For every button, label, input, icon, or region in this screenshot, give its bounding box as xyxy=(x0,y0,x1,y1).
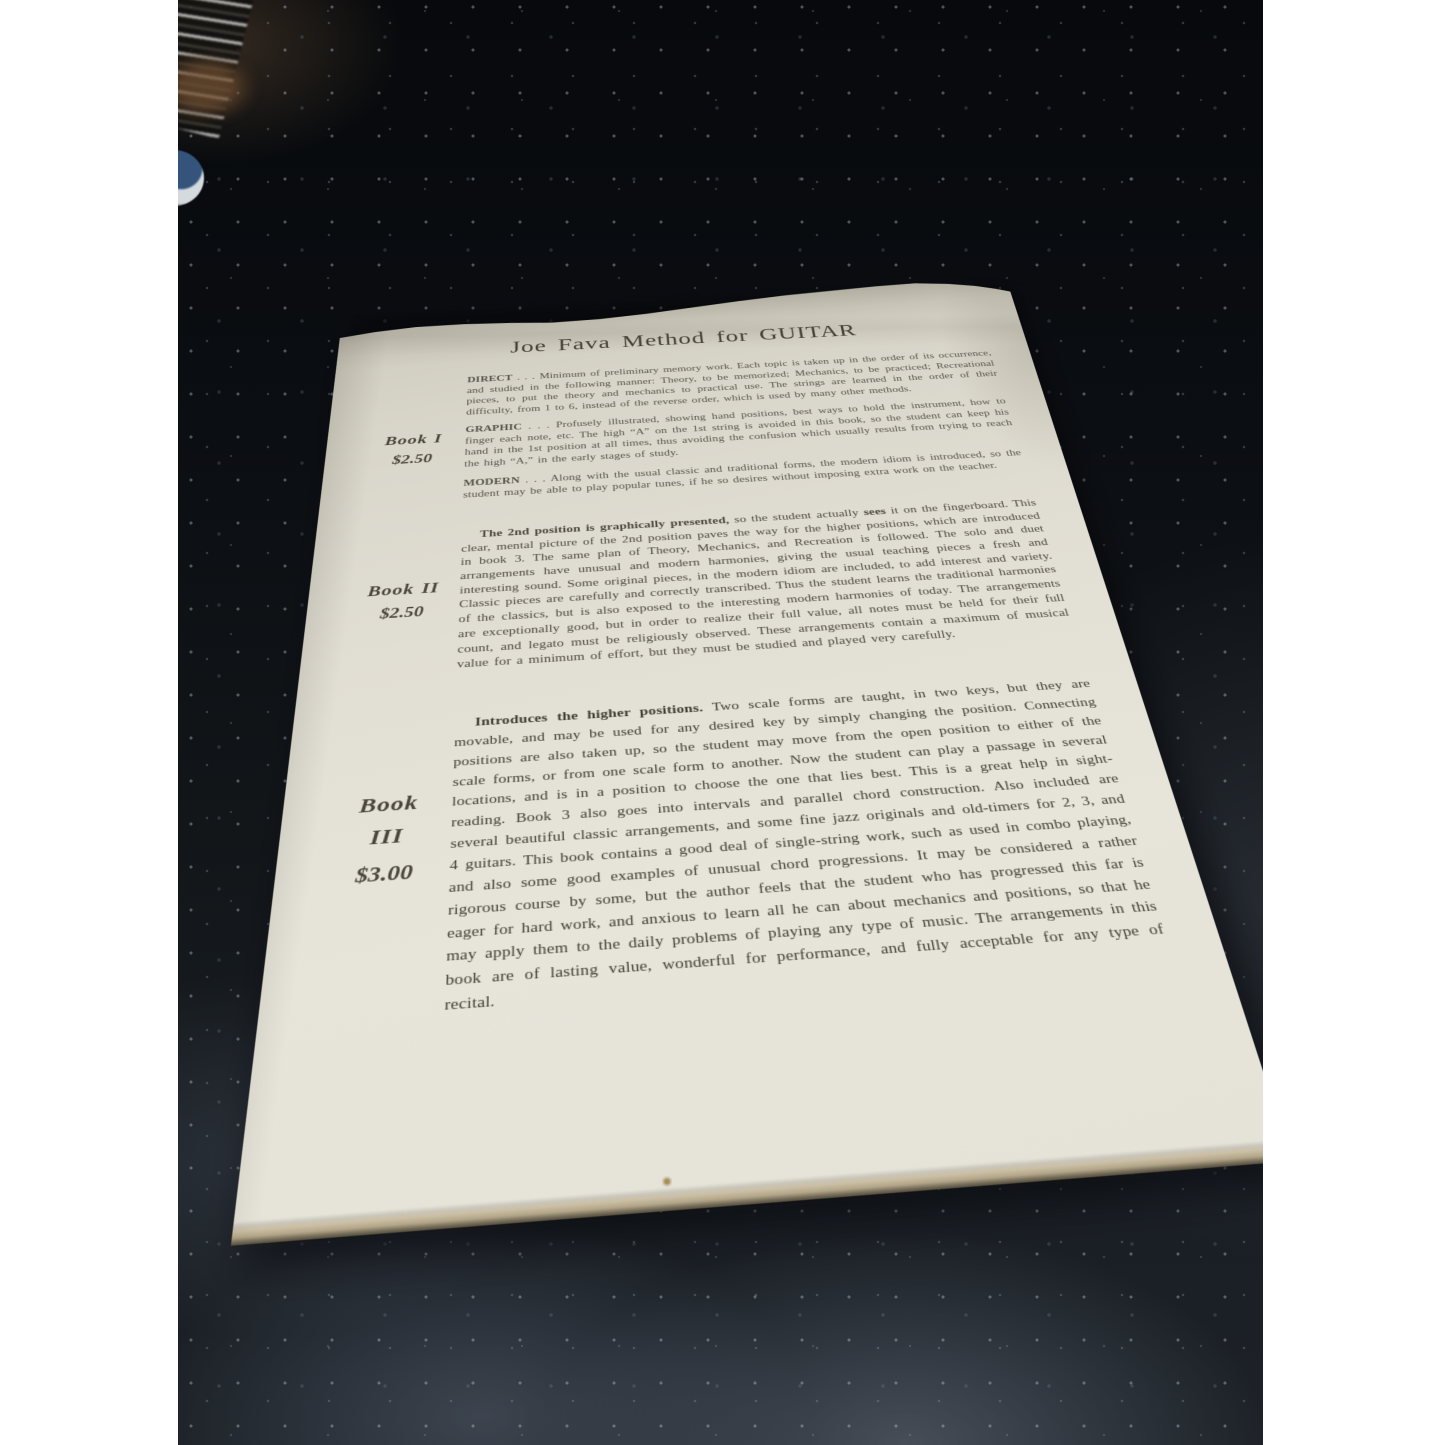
direct-lead: DIRECT xyxy=(467,374,512,384)
book2-paragraph: The 2nd position is graphically presente… xyxy=(456,496,1075,672)
graphic-lead: GRAPHIC xyxy=(465,423,522,435)
book1-price: $2.50 xyxy=(369,449,454,470)
book1-label-block: Book I $2.50 xyxy=(369,430,455,471)
stain-mark xyxy=(662,1176,672,1187)
book3-section: Book III $3.00 Introduces the higher pos… xyxy=(317,675,1173,1028)
brown-object xyxy=(178,52,256,122)
book3-label-block: Book III $3.00 xyxy=(330,786,440,895)
book2-label: Book II xyxy=(357,577,449,603)
book2-rest: it on the fingerboard. This clear, menta… xyxy=(456,498,1070,671)
product-photo: Joe Fava Method for GUITAR Book I $2.50 … xyxy=(178,0,1263,1445)
book1-label: Book I xyxy=(371,430,455,452)
book1-section: Book I $2.50 DIRECT . . . Minimum of pre… xyxy=(366,348,1026,507)
book2-price: $2.50 xyxy=(354,601,447,626)
book3-label: Book III xyxy=(333,786,440,858)
book2-emphasis: sees xyxy=(862,506,886,517)
book3-rest: Two scale forms are taught, in two keys,… xyxy=(444,677,1166,1014)
book2-section: Book II $2.50 The 2nd position is graphi… xyxy=(350,496,1075,679)
modern-lead: MODERN xyxy=(463,475,519,487)
book3-price: $3.00 xyxy=(330,855,437,895)
book3-paragraph: Introduces the higher positions. Two sca… xyxy=(444,675,1174,1019)
book2-label-block: Book II $2.50 xyxy=(354,577,448,626)
